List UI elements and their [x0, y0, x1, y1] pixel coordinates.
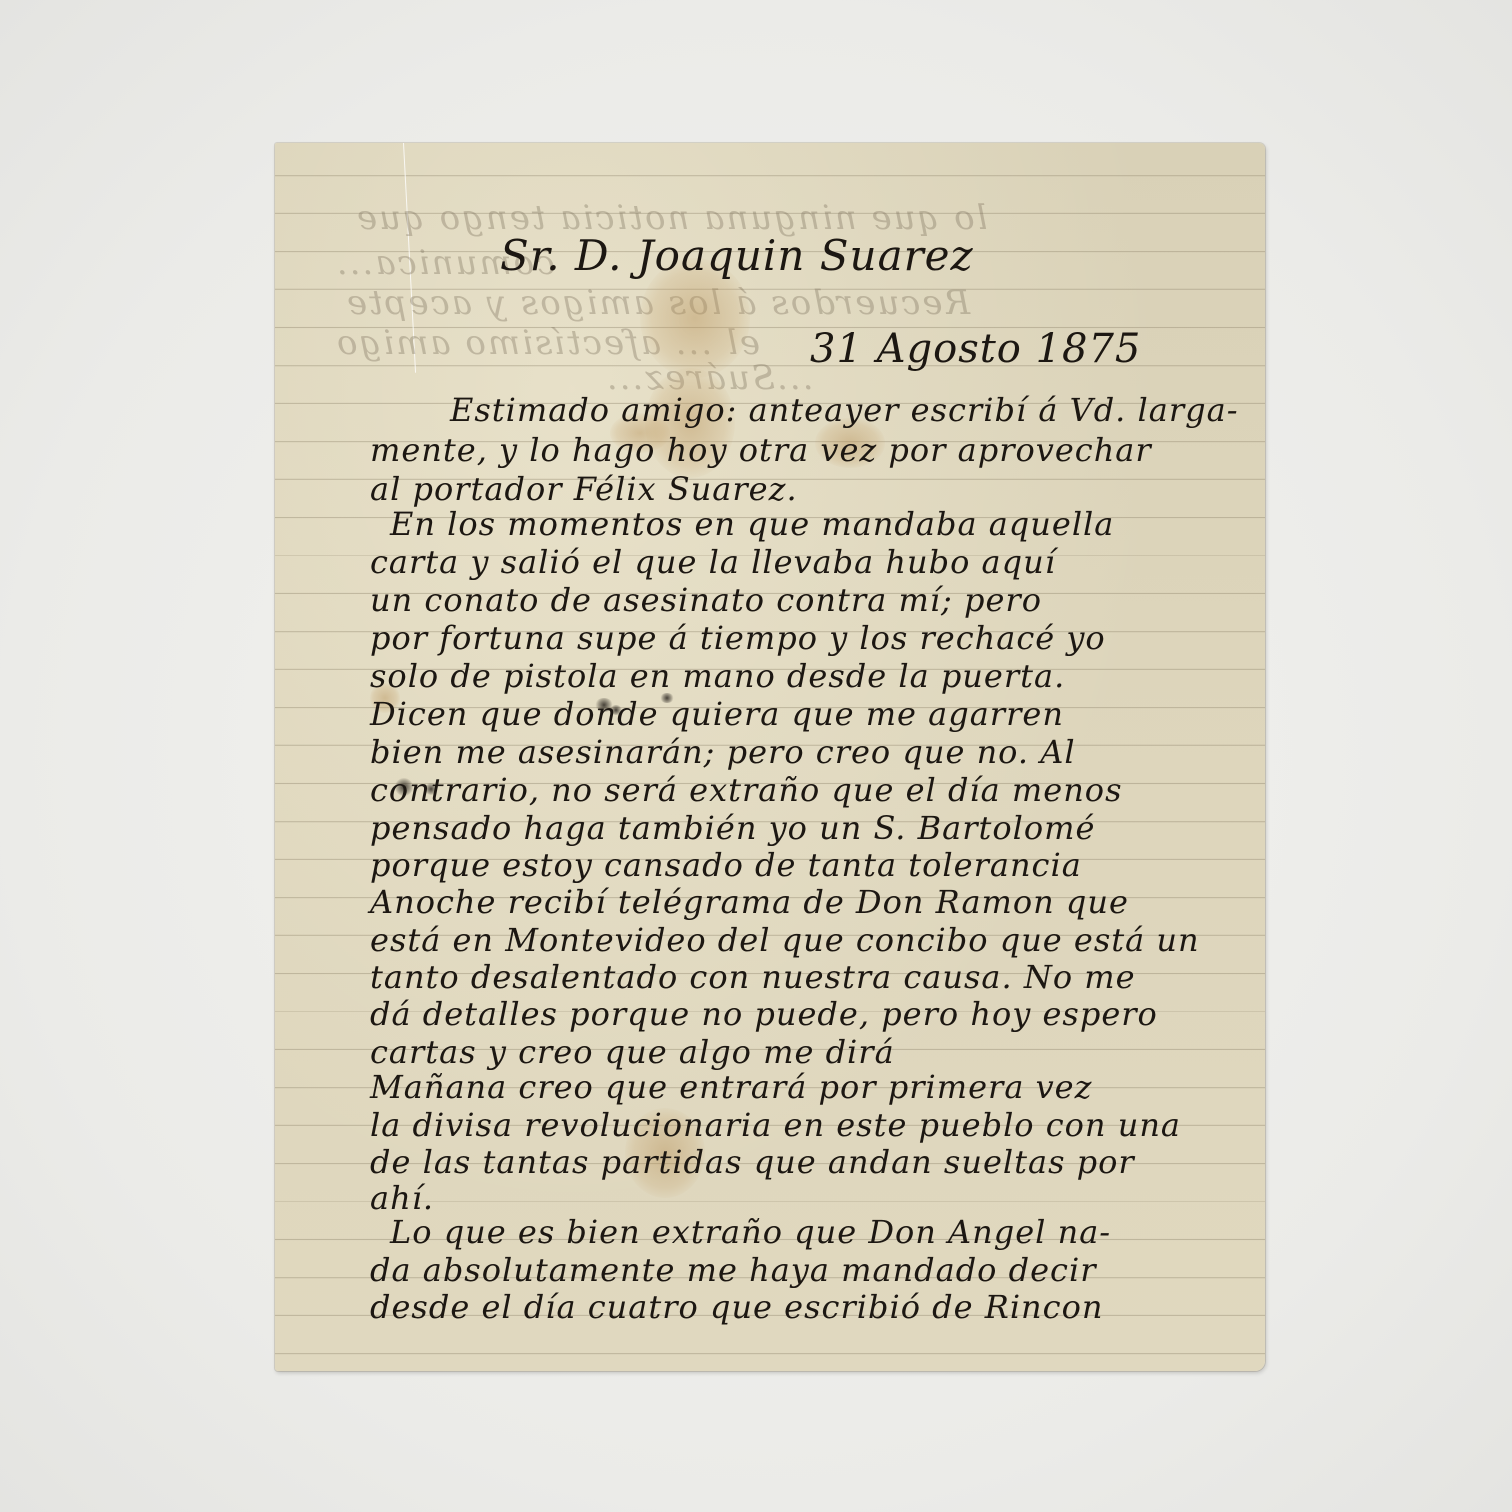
- letter-line: desde el día cuatro que escribió de Rinc…: [370, 1288, 1103, 1326]
- letter-line: cartas y creo que algo me dirá: [370, 1033, 895, 1071]
- letter-line: de las tantas partidas que andan sueltas…: [370, 1143, 1135, 1181]
- letter-line: un conato de asesinato contra mí; pero: [370, 581, 1042, 619]
- letter-sheet: lo que ninguna noticia tengo que comunic…: [275, 143, 1265, 1371]
- letter-line: solo de pistola en mano desde la puerta.: [370, 657, 1065, 695]
- letter-line: Anoche recibí telégrama de Don Ramon que: [370, 883, 1129, 921]
- addressee-salutation: Sr. D. Joaquin Suarez: [500, 231, 974, 280]
- letter-line: la divisa revolucionaria en este pueblo …: [370, 1106, 1181, 1144]
- letter-line: dá detalles porque no puede, pero hoy es…: [370, 995, 1158, 1033]
- letter-line: está en Montevideo del que concibo que e…: [370, 921, 1200, 959]
- letter-line: al portador Félix Suarez.: [370, 470, 798, 508]
- letter-line: pensado haga también yo un S. Bartolomé: [370, 809, 1095, 847]
- letter-line: carta y salió el que la llevaba hubo aqu…: [370, 543, 1056, 581]
- letter-line: Mañana creo que entrará por primera vez: [370, 1068, 1092, 1106]
- letter-line: tanto desalentado con nuestra causa. No …: [370, 958, 1136, 996]
- letter-line: Lo que es bien extraño que Don Angel na-: [390, 1213, 1111, 1251]
- letter-line: contrario, no será extraño que el día me…: [370, 771, 1122, 809]
- letter-date: 31 Agosto 1875: [810, 326, 1141, 372]
- letter-line: bien me asesinarán; pero creo que no. Al: [370, 733, 1076, 771]
- letter-line: Estimado amigo: anteayer escribí á Vd. l…: [450, 391, 1239, 429]
- letter-line: En los momentos en que mandaba aquella: [390, 505, 1114, 543]
- letter-line: mente, y lo hago hoy otra vez por aprove…: [370, 431, 1152, 469]
- letter-line: por fortuna supe á tiempo y los rechacé …: [370, 619, 1106, 657]
- letter-line: Dicen que donde quiera que me agarren: [370, 695, 1064, 733]
- letter-line: ahí.: [370, 1179, 434, 1217]
- letter-line: porque estoy cansado de tanta tolerancia: [370, 846, 1082, 884]
- letter-line: da absolutamente me haya mandado decir: [370, 1251, 1096, 1289]
- photo-background: lo que ninguna noticia tengo que comunic…: [0, 0, 1512, 1512]
